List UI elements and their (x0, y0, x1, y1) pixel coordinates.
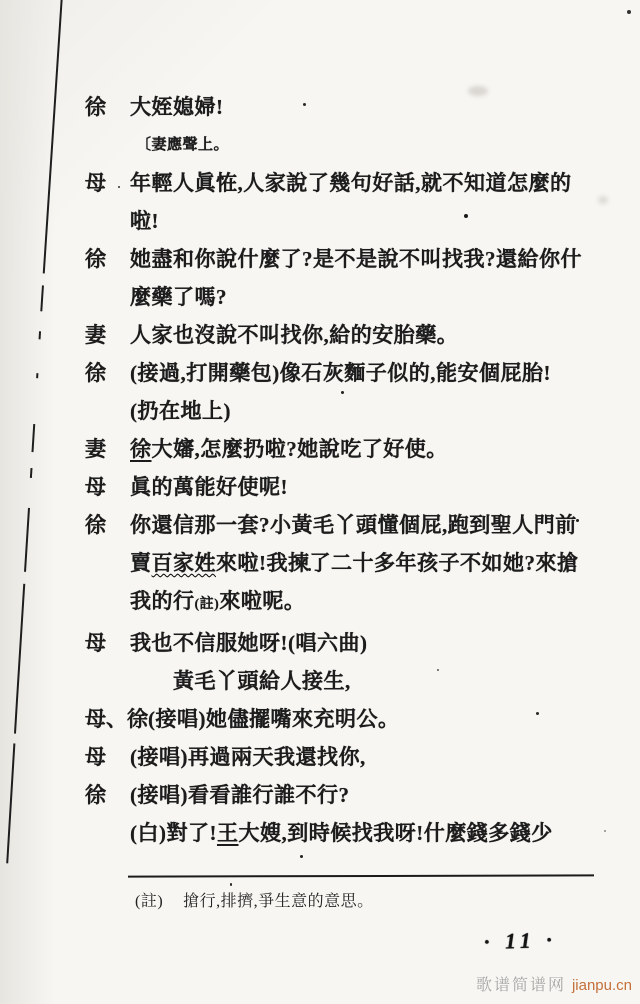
scan-speck (341, 391, 344, 394)
watermark-site-name: 歌谱简谱网 (476, 977, 566, 994)
dialogue-text-line: 大姪媳婦! (130, 88, 597, 126)
scanned-script-page: 徐大姪媳婦!〔妻應聲上。母年輕人眞恠,人家說了幾句好話,就不知道怎麼的啦!徐她盡… (0, 0, 640, 1004)
dialogue-text: 人家也沒說不叫找你,給的安胎藥。 (130, 316, 597, 354)
scan-speck (300, 855, 303, 858)
dialogue-entry: 母(接唱)再過兩天我還找你, (85, 738, 597, 776)
dialogue-text-line: (接唱)看看誰行誰不行? (130, 776, 597, 814)
continuation-entry: (白)對了!王大嫂,到時候找我呀!什麼錢多錢少 (85, 814, 597, 852)
dialogue-entry: 徐大姪媳婦! (85, 88, 597, 126)
text-segment: (接唱)看看誰行誰不行? (130, 783, 350, 807)
dialogue-text: 〔妻應聲上。 (130, 126, 597, 164)
dialogue-text: 眞的萬能好使呢! (130, 468, 597, 506)
dialogue-entry: 徐你還信那一套?小黃毛丫頭懂個屁,跑到聖人門前賣百家姓來啦!我揀了二十多年孩子不… (85, 506, 597, 624)
scan-speck (118, 186, 120, 188)
text-segment: 啦! (130, 209, 159, 233)
speaker-label: 徐 (85, 240, 130, 278)
dialogue-list: 徐大姪媳婦!〔妻應聲上。母年輕人眞恠,人家說了幾句好話,就不知道怎麼的啦!徐她盡… (85, 88, 597, 852)
scan-smudge (598, 196, 608, 204)
dialogue-entry: 徐(接唱)看看誰行誰不行? (85, 776, 597, 814)
wavy-text: 百家姓 (152, 551, 217, 575)
verse-entry: 黃毛丫頭給人接生, (85, 662, 597, 700)
speaker-label: 母 (85, 738, 130, 776)
text-segment: 麼藥了嗎? (130, 285, 227, 309)
dialogue-text: (接唱)再過兩天我還找你, (130, 738, 597, 776)
text-segment: 大姪媳婦! (130, 95, 224, 119)
dialogue-text-line: 啦! (130, 202, 597, 240)
stage-entry: 〔妻應聲上。 (85, 126, 597, 164)
dialogue-text-line: 年輕人眞恠,人家說了幾句好話,就不知道怎麼的 (130, 164, 597, 202)
text-segment: 大嫂,到時候找我呀!什麼錢多錢少 (238, 821, 552, 845)
scan-smudge (468, 86, 488, 96)
speaker-label: 徐 (85, 776, 130, 814)
scan-speck (604, 830, 606, 832)
dialogue-entry: 母我也不信服她呀!(唱六曲) (85, 624, 597, 662)
watermark-site-url: jianpu.cn (572, 977, 632, 994)
footnote: (註)搶行,排擠,爭生意的意思。 (135, 888, 374, 911)
page-spine-line (0, 0, 80, 1004)
dialogue-text-line: 你還信那一套?小黃毛丫頭懂個屁,跑到聖人門前 (130, 506, 597, 544)
text-segment: 大嬸,怎麼扔啦?她說吃了好使。 (152, 437, 448, 461)
text-segment: (接過,打開藥包)像石灰麵子似的,能安個屁胎! (130, 361, 551, 385)
text-segment: 賣 (130, 551, 152, 575)
speaker-label: 母 (85, 164, 130, 202)
note-text: (註) (195, 597, 220, 612)
dialogue-text: (白)對了!王大嫂,到時候找我呀!什麼錢多錢少 (130, 814, 597, 852)
dialogue-text-line: 賣百家姓來啦!我揀了二十多年孩子不如她?來搶 (130, 544, 597, 582)
dialogue-text: (接唱)她儘擺嘴來充明公。 (148, 700, 597, 738)
dialogue-text: 大姪媳婦! (130, 88, 597, 126)
scan-speck (576, 519, 579, 522)
dialogue-text-line: 麼藥了嗎? (130, 278, 597, 316)
text-segment: 黃毛丫頭給人接生, (173, 669, 351, 693)
dialogue-text: 黃毛丫頭給人接生, (130, 662, 597, 700)
watermark: 歌谱简谱网jianpu.cn (476, 972, 632, 995)
dialogue-text: 我也不信服她呀!(唱六曲) (130, 624, 597, 662)
scan-speck (308, 568, 311, 571)
dialogue-text: 徐大嬸,怎麼扔啦?她說吃了好使。 (130, 430, 597, 468)
text-segment: 年輕人眞恠,人家說了幾句好話,就不知道怎麼的 (130, 171, 572, 195)
dialogue-text-line: (扔在地上) (130, 392, 597, 430)
dialogue-text-line: 徐大嬸,怎麼扔啦?她說吃了好使。 (130, 430, 597, 468)
speaker-label: 徐 (85, 88, 130, 126)
text-segment: 來啦呢。 (219, 589, 305, 613)
text-segment: 我的行 (130, 589, 195, 613)
dialogue-text: 年輕人眞恠,人家說了幾句好話,就不知道怎麼的啦! (130, 164, 597, 240)
speaker-label: 徐 (85, 506, 130, 544)
text-segment: 眞的萬能好使呢! (130, 475, 288, 499)
text-segment: (白)對了! (130, 821, 217, 845)
text-segment: 人家也沒說不叫找你,給的安胎藥。 (130, 323, 458, 347)
dialogue-text-line: 我也不信服她呀!(唱六曲) (130, 624, 597, 662)
dialogue-text: (接過,打開藥包)像石灰麵子似的,能安個屁胎!(扔在地上) (130, 354, 597, 430)
dialogue-entry: 妻人家也沒說不叫找你,給的安胎藥。 (85, 316, 597, 354)
dialogue-text-line: (白)對了!王大嫂,到時候找我呀!什麼錢多錢少 (130, 814, 597, 852)
dialogue-text-line: (接唱)她儘擺嘴來充明公。 (148, 700, 597, 738)
dialogue-text: 你還信那一套?小黃毛丫頭懂個屁,跑到聖人門前賣百家姓來啦!我揀了二十多年孩子不如… (130, 506, 597, 624)
scan-speck (230, 883, 232, 886)
speaker-label: 母 (85, 624, 130, 662)
scan-speck (437, 669, 439, 671)
dialogue-text-line: 〔妻應聲上。 (130, 126, 597, 164)
text-segment: (接唱)再過兩天我還找你, (130, 745, 366, 769)
footnote-text: 搶行,排擠,爭生意的意思。 (183, 893, 374, 910)
dialogue-entry: 母年輕人眞恠,人家說了幾句好話,就不知道怎麼的啦! (85, 164, 597, 240)
scan-speck (464, 214, 468, 218)
speaker-label: 妻 (85, 316, 130, 354)
dialogue-text-line: 人家也沒說不叫找你,給的安胎藥。 (130, 316, 597, 354)
dialogue-text-line: (接過,打開藥包)像石灰麵子似的,能安個屁胎! (130, 354, 597, 392)
speaker-label: 徐 (85, 354, 130, 392)
dialogue-entry: 母、徐(接唱)她儘擺嘴來充明公。 (85, 700, 597, 738)
dialogue-entry: 母眞的萬能好使呢! (85, 468, 597, 506)
dialogue-text-line: (接唱)再過兩天我還找你, (130, 738, 597, 776)
dialogue-text-line: 我的行(註)來啦呢。 (130, 582, 597, 624)
text-segment: 我也不信服她呀!(唱六曲) (130, 631, 367, 655)
text-segment: 她盡和你說什麼了?是不是說不叫找我?還給你什 (130, 247, 582, 271)
dialogue-text-line: 眞的萬能好使呢! (130, 468, 597, 506)
speaker-label: 母 (85, 468, 130, 506)
underline-text: 王 (217, 821, 239, 845)
dialogue-text-line: 黃毛丫頭給人接生, (130, 662, 597, 700)
dialogue-entry: 妻徐大嬸,怎麼扔啦?她說吃了好使。 (85, 430, 597, 468)
text-segment: (接唱)她儘擺嘴來充明公。 (148, 707, 400, 731)
dialogue-text: 她盡和你說什麼了?是不是說不叫找我?還給你什麼藥了嗎? (130, 240, 597, 316)
page-number: · 11 · (484, 927, 558, 956)
dialogue-entry: 徐她盡和你說什麼了?是不是說不叫找我?還給你什麼藥了嗎? (85, 240, 597, 316)
scan-speck (536, 712, 539, 715)
text-segment: 你還信那一套?小黃毛丫頭懂個屁,跑到聖人門前 (130, 513, 577, 537)
speaker-label: 母、徐 (85, 700, 148, 738)
speaker-label: 妻 (85, 430, 130, 468)
dialogue-text: (接唱)看看誰行誰不行? (130, 776, 597, 814)
dialogue-text-line: 她盡和你說什麼了?是不是說不叫找我?還給你什 (130, 240, 597, 278)
footnote-divider (128, 874, 594, 877)
scan-speck (627, 10, 631, 14)
underline-text: 徐 (130, 437, 152, 461)
scan-speck (303, 103, 306, 106)
text-segment: 〔妻應聲上。 (136, 137, 229, 153)
footnote-marker: (註) (135, 893, 163, 910)
text-segment: (扔在地上) (130, 399, 231, 423)
text-segment: 來啦!我揀了二十多年孩子不如她?來搶 (216, 551, 579, 575)
